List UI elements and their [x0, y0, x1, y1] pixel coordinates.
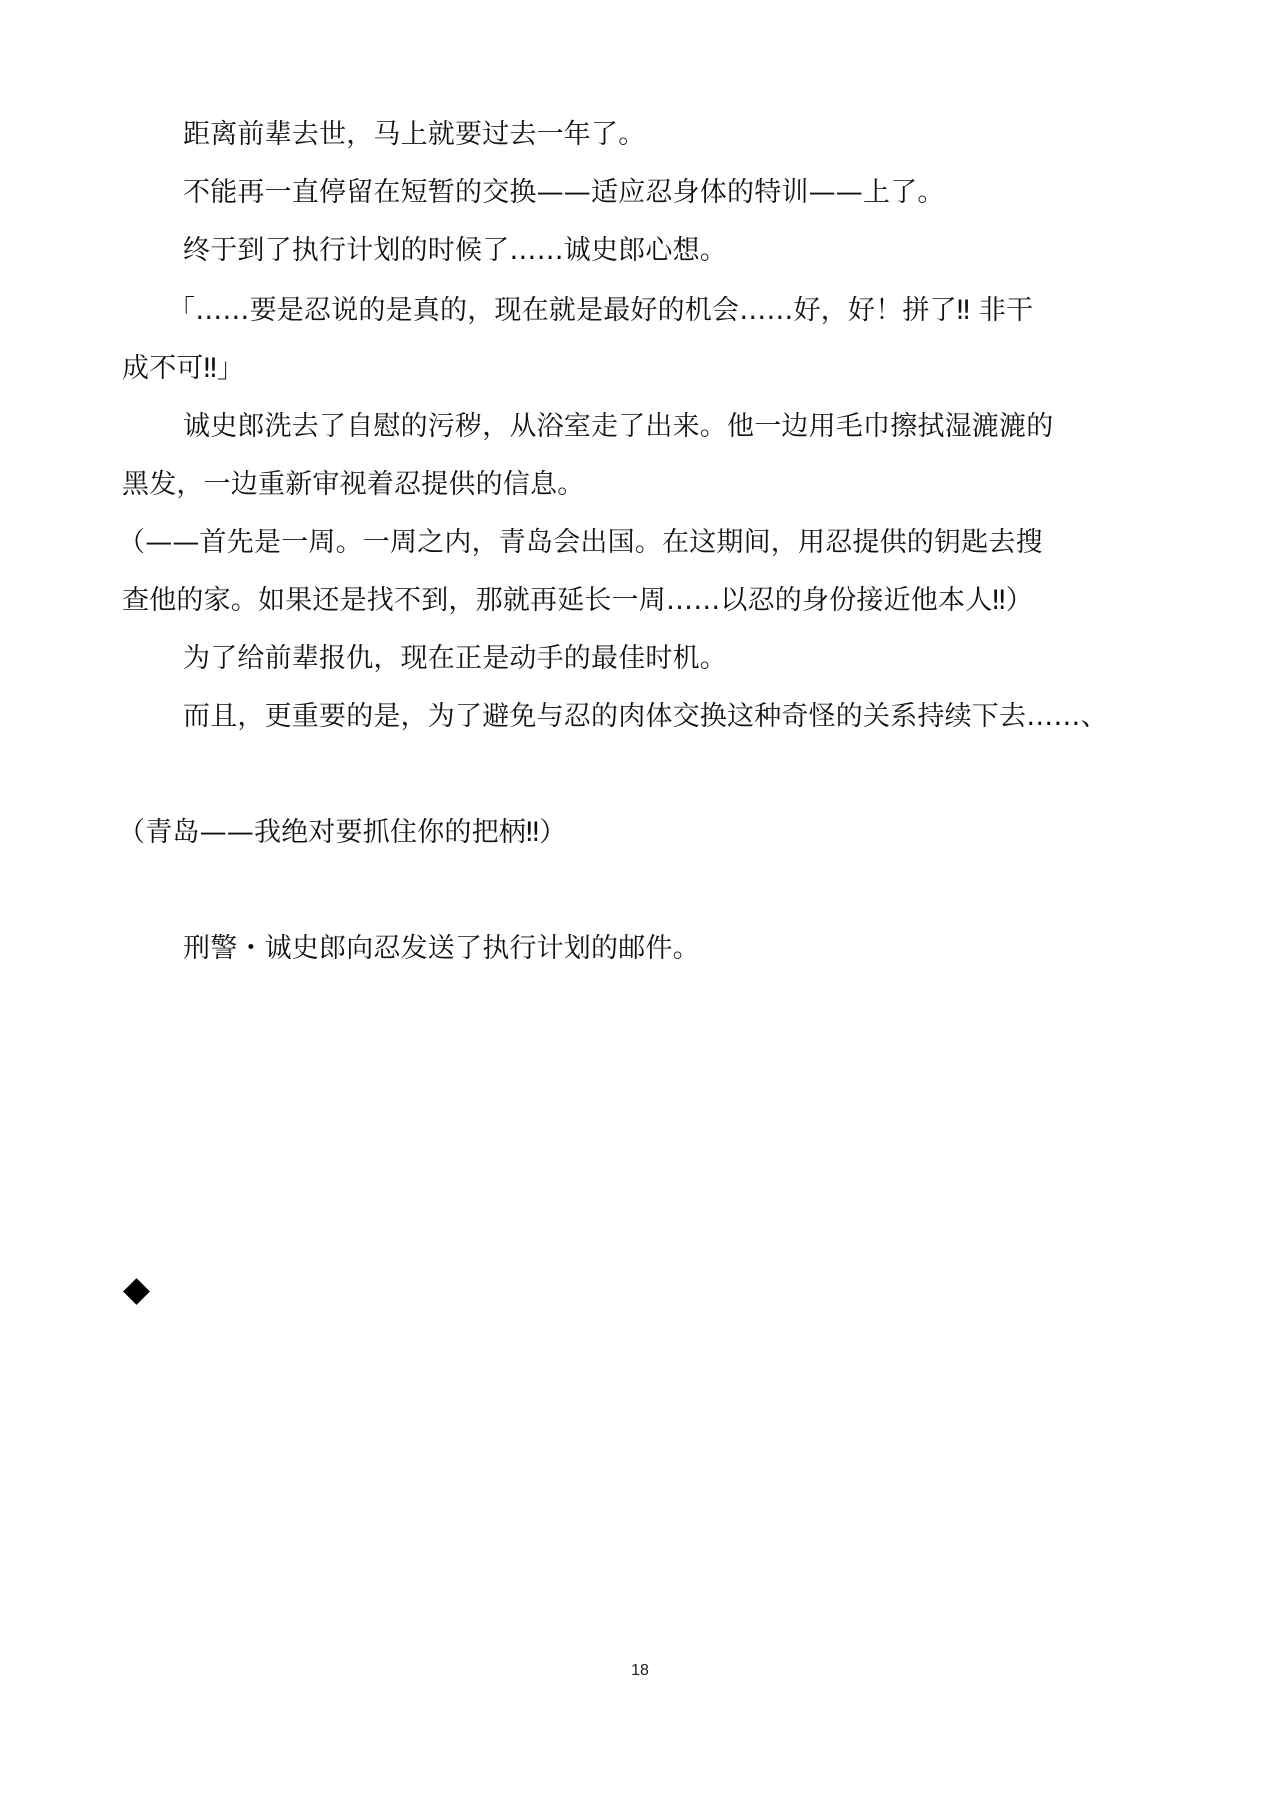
thought-line: 查他的家。如果还是找不到，那就再延长一周……以忍的身份接近他本人‼） — [122, 584, 1033, 618]
paragraph-line: 诚史郎洗去了自慰的污秽，从浴室走了出来。他一边用毛巾擦拭湿漉漉的 — [183, 410, 1053, 444]
paragraph-line: 黑发，一边重新审视着忍提供的信息。 — [122, 468, 584, 502]
paragraph-line: 距离前辈去世，马上就要过去一年了。 — [183, 118, 645, 152]
paragraph-line: 终于到了执行计划的时候了……诚史郎心想。 — [183, 234, 727, 268]
dialogue-line: 成不可‼」 — [122, 352, 244, 386]
document-page: 距离前辈去世，马上就要过去一年了。 不能再一直停留在短暂的交换——适应忍身体的特… — [0, 0, 1280, 1810]
page-number: 18 — [0, 1662, 1280, 1680]
thought-line: （青岛——我绝对要抓住你的把柄‼） — [118, 816, 567, 850]
diamond-icon — [123, 1278, 150, 1305]
paragraph-line: 而且，更重要的是，为了避免与忍的肉体交换这种奇怪的关系持续下去……、 — [183, 700, 1108, 734]
paragraph-line: 刑警・诚史郎向忍发送了执行计划的邮件。 — [183, 932, 700, 966]
paragraph-line: 不能再一直停留在短暂的交换——适应忍身体的特训——上了。 — [183, 176, 945, 210]
paragraph-line: 为了给前辈报仇，现在正是动手的最佳时机。 — [183, 642, 727, 676]
dialogue-line: 「……要是忍说的是真的，现在就是最好的机会……好，好！拼了‼ 非干 — [168, 294, 1033, 328]
thought-line: （——首先是一周。一周之内，青岛会出国。在这期间，用忍提供的钥匙去搜 — [118, 526, 1043, 560]
